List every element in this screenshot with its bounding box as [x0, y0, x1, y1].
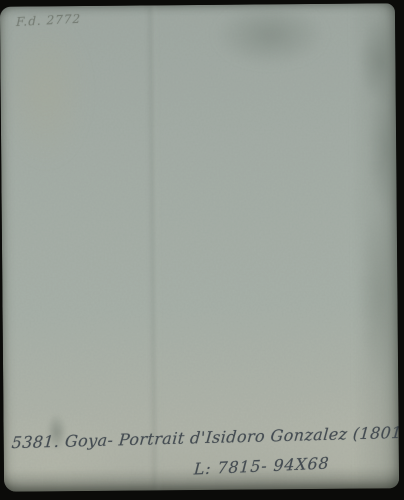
- handwritten-inscription-line-1: 5381. Goya- Portrait d'Isidoro Gonzalez …: [11, 423, 399, 452]
- fold-crease-mark: [146, 5, 162, 490]
- stain-mark: [349, 3, 399, 488]
- stain-mark: [0, 3, 101, 187]
- photo-card-back: F.d. 2772 5381. Goya- Portrait d'Isidoro…: [0, 3, 399, 491]
- paper-grain-texture: [0, 3, 399, 491]
- photograph-backdrop: F.d. 2772 5381. Goya- Portrait d'Isidoro…: [0, 0, 404, 500]
- stain-mark: [195, 3, 346, 78]
- handwritten-inscription-line-2: L: 7815- 94X68: [193, 453, 330, 478]
- pencil-inventory-note: F.d. 2772: [16, 12, 81, 29]
